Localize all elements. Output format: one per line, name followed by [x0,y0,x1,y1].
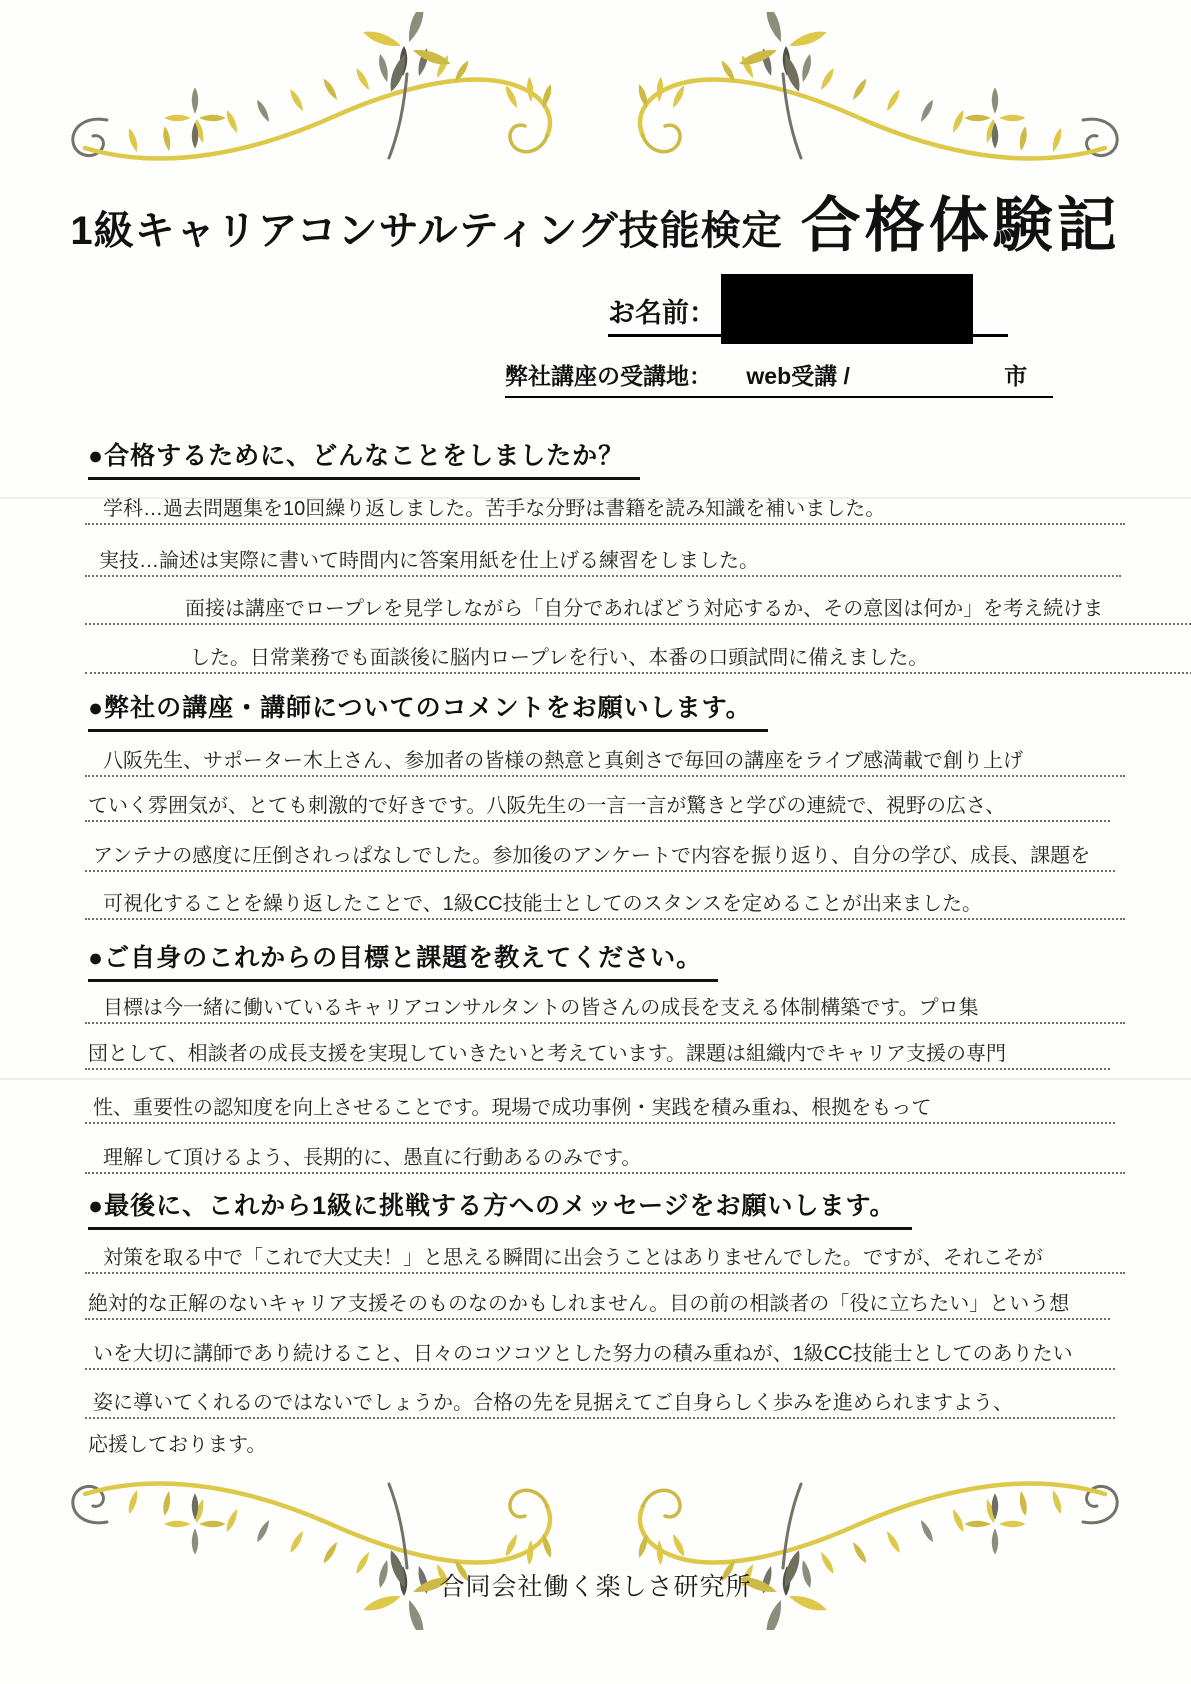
answer-2-line-3: アンテナの感度に圧倒されっぱなしでした。参加後のアンケートで内容を振り返り、自分… [85,826,1115,872]
location-city-suffix: 市 [1004,363,1027,389]
answer-3-line-2: 団として、相談者の成長支援を実現していきたいと考えています。課題は組織内でキャリ… [85,1024,1110,1070]
question-1-heading: ●合格するために、どんなことをしましたか？ [88,436,640,480]
title-main: 合格体験記 [801,196,1121,256]
answer-2-line-4: 可視化することを繰り返したことで、1級CC技能士としてのスタンスを定めることが出… [85,874,1125,920]
answer-1-line-3: 面接は講座でロープレを見学しながら「自分であればどう対応するか、その意図は何か」… [85,579,1191,625]
answer-2-line-1: 八阪先生、サポーター木上さん、参加者の皆様の熱意と真剣さで毎回の講座をライブ感満… [85,731,1125,777]
answer-4-line-1: 対策を取る中で「これで大丈夫！」と思える瞬間に出会うことはありませんでした。です… [85,1228,1125,1274]
scanned-document-page: 1級キャリアコンサルティング技能検定 合格体験記 お名前： 弊社講座の受講地： … [0,0,1191,1684]
name-redaction-box [721,274,973,344]
answer-1-line-1: 学科…過去問題集を10回繰り返しました。苦手な分野は書籍を読み知識を補いました。 [85,479,1125,525]
floral-border-bottom [55,1452,1135,1630]
course-location-field: 弊社講座の受講地： web受講 / 市 [505,358,1053,398]
footer-company-name: 合同会社働く楽しさ研究所 [0,1567,1191,1603]
location-label: 弊社講座の受講地： [505,363,712,389]
floral-border-top [55,12,1135,190]
answer-3-line-3: 性、重要性の認知度を向上させることです。現場で成功事例・実践を積み重ね、根拠をも… [85,1078,1115,1124]
answer-4-line-2: 絶対的な正解のないキャリア支援そのものなのかもしれません。目の前の相談者の「役に… [85,1274,1110,1320]
answer-2-line-2: ていく雰囲気が、とても刺激的で好きです。八阪先生の一言一言が驚きと学びの連続で、… [85,776,1110,822]
name-field: お名前： [608,276,1008,337]
document-title: 1級キャリアコンサルティング技能検定 合格体験記 [0,196,1191,256]
answer-1-line-2: 実技…論述は実際に書いて時間内に答案用紙を仕上げる練習をしました。 [85,531,1121,577]
answer-3-line-1: 目標は今一緒に働いているキャリアコンサルタントの皆さんの成長を支える体制構築です… [85,978,1125,1024]
name-label: お名前： [608,291,716,330]
answer-4-line-3: いを大切に講師であり続けること、日々のコツコツとした努力の積み重ねが、1級CC技… [85,1324,1115,1370]
answer-3-line-4: 理解して頂けるよう、長期的に、愚直に行動あるのみです。 [85,1128,1125,1174]
answer-1-line-4: した。日常業務でも面談後に脳内ロープレを行い、本番の口頭試問に備えました。 [85,628,1191,674]
title-exam-name: 1級キャリアコンサルティング技能検定 [70,199,782,256]
location-value: web受講 / [746,363,850,389]
question-4-heading: ●最後に、これから1級に挑戦する方へのメッセージをお願いします。 [88,1186,912,1230]
answer-4-line-4: 姿に導いてくれるのではないでしょうか。合格の先を見据えてご自身らしく歩みを進めら… [85,1373,1115,1419]
question-3-heading: ●ご自身のこれからの目標と課題を教えてください。 [88,938,718,982]
question-2-heading: ●弊社の講座・講師についてのコメントをお願いします。 [88,688,768,732]
